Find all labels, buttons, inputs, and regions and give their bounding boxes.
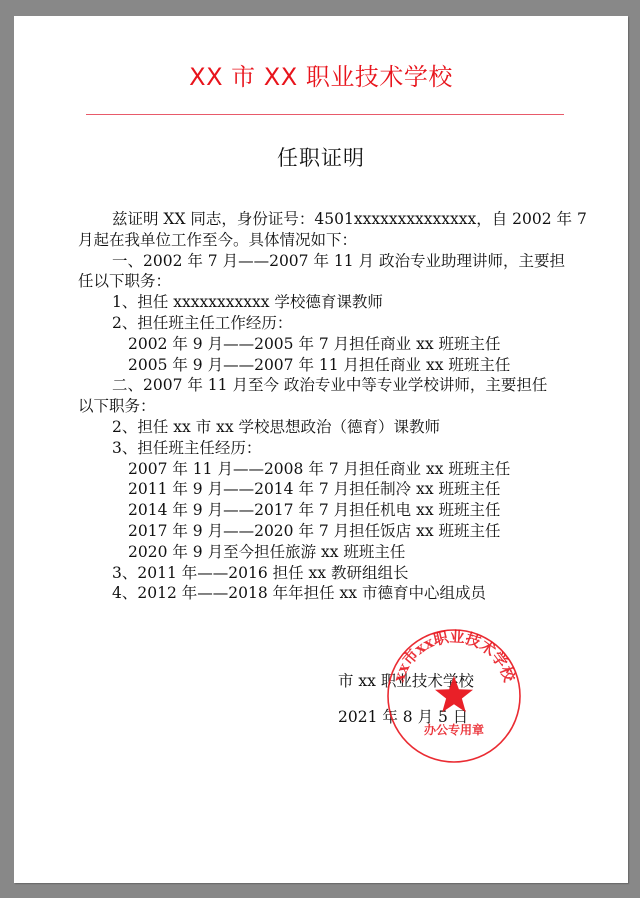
body-line: 一、2002 年 7 月——2007 年 11 月 政治专业助理讲师，主要担 — [78, 251, 570, 272]
body-line: 2007 年 11 月——2008 年 7 月担任商业 xx 班班主任 — [78, 459, 570, 480]
body-line: 二、2007 年 11 月至今 政治专业中等专业学校讲师，主要担任 — [78, 375, 570, 396]
seal-ring — [388, 630, 520, 762]
body-line: 2011 年 9 月——2014 年 7 月担任制冷 xx 班班主任 — [78, 479, 570, 500]
body-line: 1、担任 xxxxxxxxxxx 学校德育课教师 — [78, 292, 570, 313]
body-line: 2005 年 9 月——2007 年 11 月担任商业 xx 班班主任 — [78, 355, 570, 376]
body-line: 2002 年 9 月——2005 年 7 月担任商业 xx 班班主任 — [78, 334, 570, 355]
official-seal: xx市xx职业技术学校 办公专用章 — [384, 626, 524, 766]
body-line: 2、担任班主任工作经历： — [78, 313, 570, 334]
document-title: 任职证明 — [14, 144, 628, 172]
body-line: 兹证明 XX 同志，身份证号：4501xxxxxxxxxxxxxx，自 2002… — [78, 209, 570, 230]
signature-organization: 市 xx 职业技术学校 — [338, 671, 474, 691]
certificate-body: 兹证明 XX 同志，身份证号：4501xxxxxxxxxxxxxx，自 2002… — [78, 209, 570, 604]
body-line: 月起在我单位工作至今。具体情况如下： — [78, 230, 570, 251]
letterhead-title: XX 市 XX 职业技术学校 — [14, 62, 628, 92]
body-line: 3、2011 年——2016 担任 xx 教研组组长 — [78, 563, 570, 584]
body-line: 3、担任班主任经历： — [78, 438, 570, 459]
letterhead-divider — [86, 114, 564, 115]
body-line: 2017 年 9 月——2020 年 7 月担任饭店 xx 班班主任 — [78, 521, 570, 542]
body-line: 2、担任 xx 市 xx 学校思想政治（德育）课教师 — [78, 417, 570, 438]
body-line: 2014 年 9 月——2017 年 7 月担任机电 xx 班班主任 — [78, 500, 570, 521]
body-line: 4、2012 年——2018 年年担任 xx 市德育中心组成员 — [78, 583, 570, 604]
document-page: XX 市 XX 职业技术学校 任职证明 兹证明 XX 同志，身份证号：4501x… — [14, 16, 628, 883]
signature-date: 2021 年 8 月 5 日 — [338, 707, 468, 727]
body-line: 任以下职务： — [78, 271, 570, 292]
body-line: 以下职务： — [78, 396, 570, 417]
body-line: 2020 年 9 月至今担任旅游 xx 班班主任 — [78, 542, 570, 563]
